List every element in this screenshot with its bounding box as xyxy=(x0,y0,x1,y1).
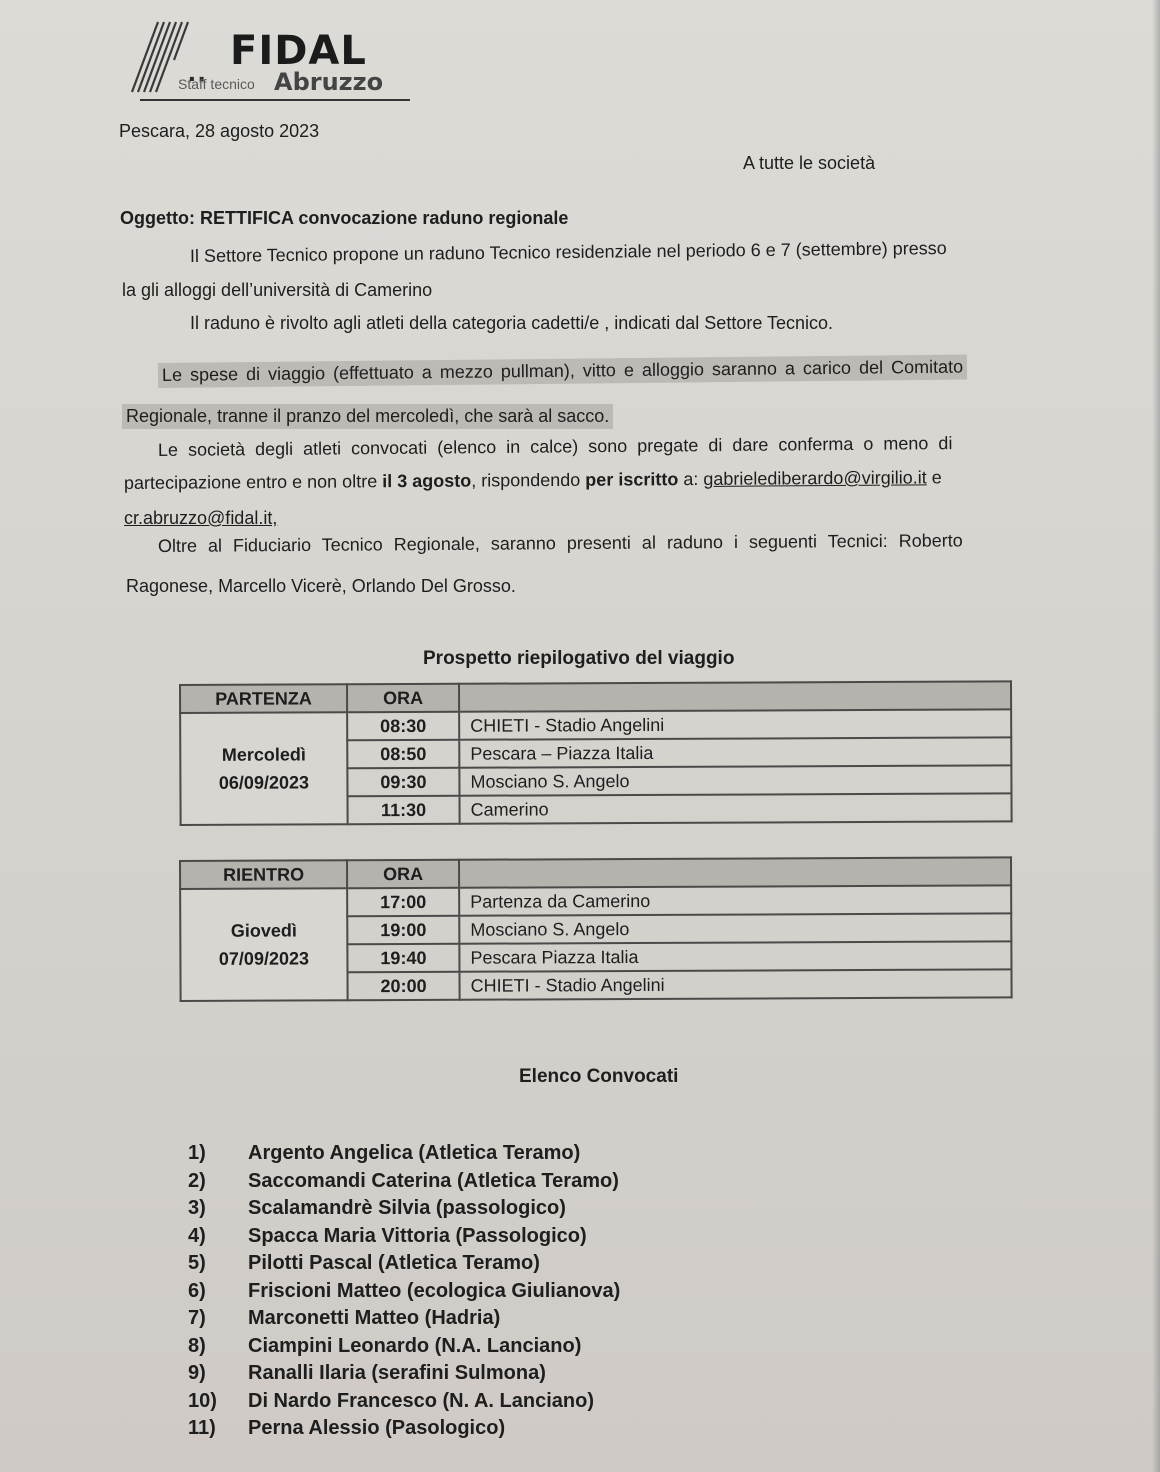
return-date: 07/09/2023 xyxy=(191,944,336,973)
athlete-name: Perna Alessio (Pasologico) xyxy=(248,1417,505,1439)
subject-text: RETTIFICA convocazione raduno regionale xyxy=(200,208,568,228)
place-cell: CHIETI - Stadio Angelini xyxy=(459,969,1011,999)
athlete-name: Spacca Maria Vittoria (Passologico) xyxy=(248,1225,587,1247)
list-item: 7)Marconetti Matteo (Hadria) xyxy=(188,1305,620,1333)
departure-date: 06/09/2023 xyxy=(191,768,336,797)
time-cell: 09:30 xyxy=(347,768,459,796)
p4-text-c: a: xyxy=(678,469,703,489)
paragraph-1-line-1: Il Settore Tecnico propone un raduno Tec… xyxy=(190,238,947,267)
recipient: A tutte le società xyxy=(743,153,875,174)
athletes-title: Elenco Convocati xyxy=(519,1066,678,1088)
list-item: 4)Spacca Maria Vittoria (Passologico) xyxy=(188,1223,620,1251)
departure-day-cell: Mercoledì 06/09/2023 xyxy=(180,712,347,825)
time-cell: 11:30 xyxy=(347,796,459,824)
header-ora: ORA xyxy=(347,684,459,712)
athlete-name: Friscioni Matteo (ecologica Giulianova) xyxy=(248,1280,620,1302)
place-cell: Pescara Piazza Italia xyxy=(459,941,1011,971)
list-number: 2) xyxy=(188,1168,248,1196)
p4-text-a: partecipazione entro e non oltre xyxy=(124,471,382,493)
header-ora: ORA xyxy=(347,860,459,888)
place-cell: Partenza da Camerino xyxy=(459,885,1011,915)
athlete-name: Marconetti Matteo (Hadria) xyxy=(248,1307,500,1329)
list-number: 9) xyxy=(188,1360,248,1388)
logo-region: Abruzzo xyxy=(274,68,383,96)
table-row: Giovedì 07/09/2023 17:00 Partenza da Cam… xyxy=(180,885,1011,917)
subject-label: Oggetto: xyxy=(120,208,195,228)
place-cell: Mosciano S. Angelo xyxy=(459,913,1011,943)
list-item: 11)Perna Alessio (Pasologico) xyxy=(188,1415,620,1443)
paragraph-3-line-1: Le spese di viaggio (effettuato a mezzo … xyxy=(158,355,967,388)
list-item: 1)Argento Angelica (Atletica Teramo) xyxy=(188,1140,620,1168)
list-number: 5) xyxy=(188,1250,248,1278)
paragraph-2: Il raduno è rivolto agli atleti della ca… xyxy=(190,313,833,334)
list-item: 6)Friscioni Matteo (ecologica Giulianova… xyxy=(188,1278,620,1306)
fidal-logo: .. FIDAL Staff tecnico Abruzzo xyxy=(128,18,418,103)
list-item: 10)Di Nardo Francesco (N. A. Lanciano) xyxy=(188,1388,620,1416)
place-cell: Pescara – Piazza Italia xyxy=(459,737,1011,767)
paragraph-5-line-1: Oltre al Fiduciario Tecnico Regionale, s… xyxy=(158,530,963,557)
list-number: 4) xyxy=(188,1223,248,1251)
list-number: 1) xyxy=(188,1140,248,1168)
date-line: Pescara, 28 agosto 2023 xyxy=(119,121,319,142)
list-item: 9)Ranalli Ilaria (serafini Sulmona) xyxy=(188,1360,620,1388)
subject-line: Oggetto: RETTIFICA convocazione raduno r… xyxy=(120,208,568,229)
athletes-list: 1)Argento Angelica (Atletica Teramo) 2)S… xyxy=(188,1140,620,1443)
athlete-name: Ranalli Ilaria (serafini Sulmona) xyxy=(248,1362,546,1384)
return-table-header: RIENTRO ORA xyxy=(180,857,1011,889)
table-row: Mercoledì 06/09/2023 08:30 CHIETI - Stad… xyxy=(180,709,1011,741)
list-number: 11) xyxy=(188,1415,248,1443)
email-link-cr-abruzzo[interactable]: cr.abruzzo@fidal.it, xyxy=(124,508,277,529)
athlete-name: Saccomandi Caterina (Atletica Teramo) xyxy=(248,1170,619,1192)
departure-table-header: PARTENZA ORA xyxy=(180,681,1011,713)
list-number: 10) xyxy=(188,1388,248,1416)
p4-in-writing: per iscritto xyxy=(585,469,678,490)
p4-deadline: il 3 agosto xyxy=(382,471,471,492)
place-cell: Camerino xyxy=(459,793,1011,823)
place-cell: CHIETI - Stadio Angelini xyxy=(459,709,1011,739)
list-number: 8) xyxy=(188,1333,248,1361)
departure-day: Mercoledì xyxy=(191,740,336,769)
time-cell: 19:00 xyxy=(347,916,459,944)
list-item: 2)Saccomandi Caterina (Atletica Teramo) xyxy=(188,1168,620,1196)
paragraph-4-line-2: partecipazione entro e non oltre il 3 ag… xyxy=(124,467,942,494)
letterhead-rule xyxy=(140,99,410,101)
list-number: 6) xyxy=(188,1278,248,1306)
p4-text-d: e xyxy=(927,467,942,487)
list-item: 3)Scalamandrè Silvia (passologico) xyxy=(188,1195,620,1223)
list-number: 7) xyxy=(188,1305,248,1333)
list-number: 3) xyxy=(188,1195,248,1223)
athlete-name: Argento Angelica (Atletica Teramo) xyxy=(248,1142,580,1164)
paragraph-3-line-2: Regionale, tranne il pranzo del mercoled… xyxy=(122,404,613,429)
athlete-name: Scalamandrè Silvia (passologico) xyxy=(248,1197,566,1219)
logo-staff-label: Staff tecnico xyxy=(178,76,255,92)
header-rientro: RIENTRO xyxy=(180,860,347,889)
return-table: RIENTRO ORA Giovedì 07/09/2023 17:00 Par… xyxy=(179,856,1013,1002)
paper-edge-shadow xyxy=(1152,0,1160,1472)
time-cell: 20:00 xyxy=(347,972,459,1000)
time-cell: 08:50 xyxy=(347,740,459,768)
time-cell: 17:00 xyxy=(347,888,459,916)
time-cell: 19:40 xyxy=(347,944,459,972)
departure-table: PARTENZA ORA Mercoledì 06/09/2023 08:30 … xyxy=(179,680,1013,826)
list-item: 8)Ciampini Leonardo (N.A. Lanciano) xyxy=(188,1333,620,1361)
athlete-name: Ciampini Leonardo (N.A. Lanciano) xyxy=(248,1335,581,1357)
athlete-name: Di Nardo Francesco (N. A. Lanciano) xyxy=(248,1390,594,1412)
trip-summary-title: Prospetto riepilogativo del viaggio xyxy=(423,648,734,670)
header-partenza: PARTENZA xyxy=(180,684,347,713)
email-link-gabrielediberardo[interactable]: gabrielediberardo@virgilio.it xyxy=(703,467,927,489)
return-day: Giovedì xyxy=(191,916,336,945)
athlete-name: Pilotti Pascal (Atletica Teramo) xyxy=(248,1252,540,1274)
header-place xyxy=(459,681,1011,711)
return-day-cell: Giovedì 07/09/2023 xyxy=(180,888,347,1001)
place-cell: Mosciano S. Angelo xyxy=(459,765,1011,795)
paragraph-1-line-2: la gli alloggi dell’università di Cameri… xyxy=(122,280,432,301)
list-item: 5)Pilotti Pascal (Atletica Teramo) xyxy=(188,1250,620,1278)
p4-text-b: , rispondendo xyxy=(471,470,585,491)
header-place xyxy=(459,857,1011,887)
paragraph-5-line-2: Ragonese, Marcello Vicerè, Orlando Del G… xyxy=(126,576,516,597)
paragraph-4-line-1: Le società degli atleti convocati (elenc… xyxy=(158,433,953,461)
time-cell: 08:30 xyxy=(347,712,459,740)
